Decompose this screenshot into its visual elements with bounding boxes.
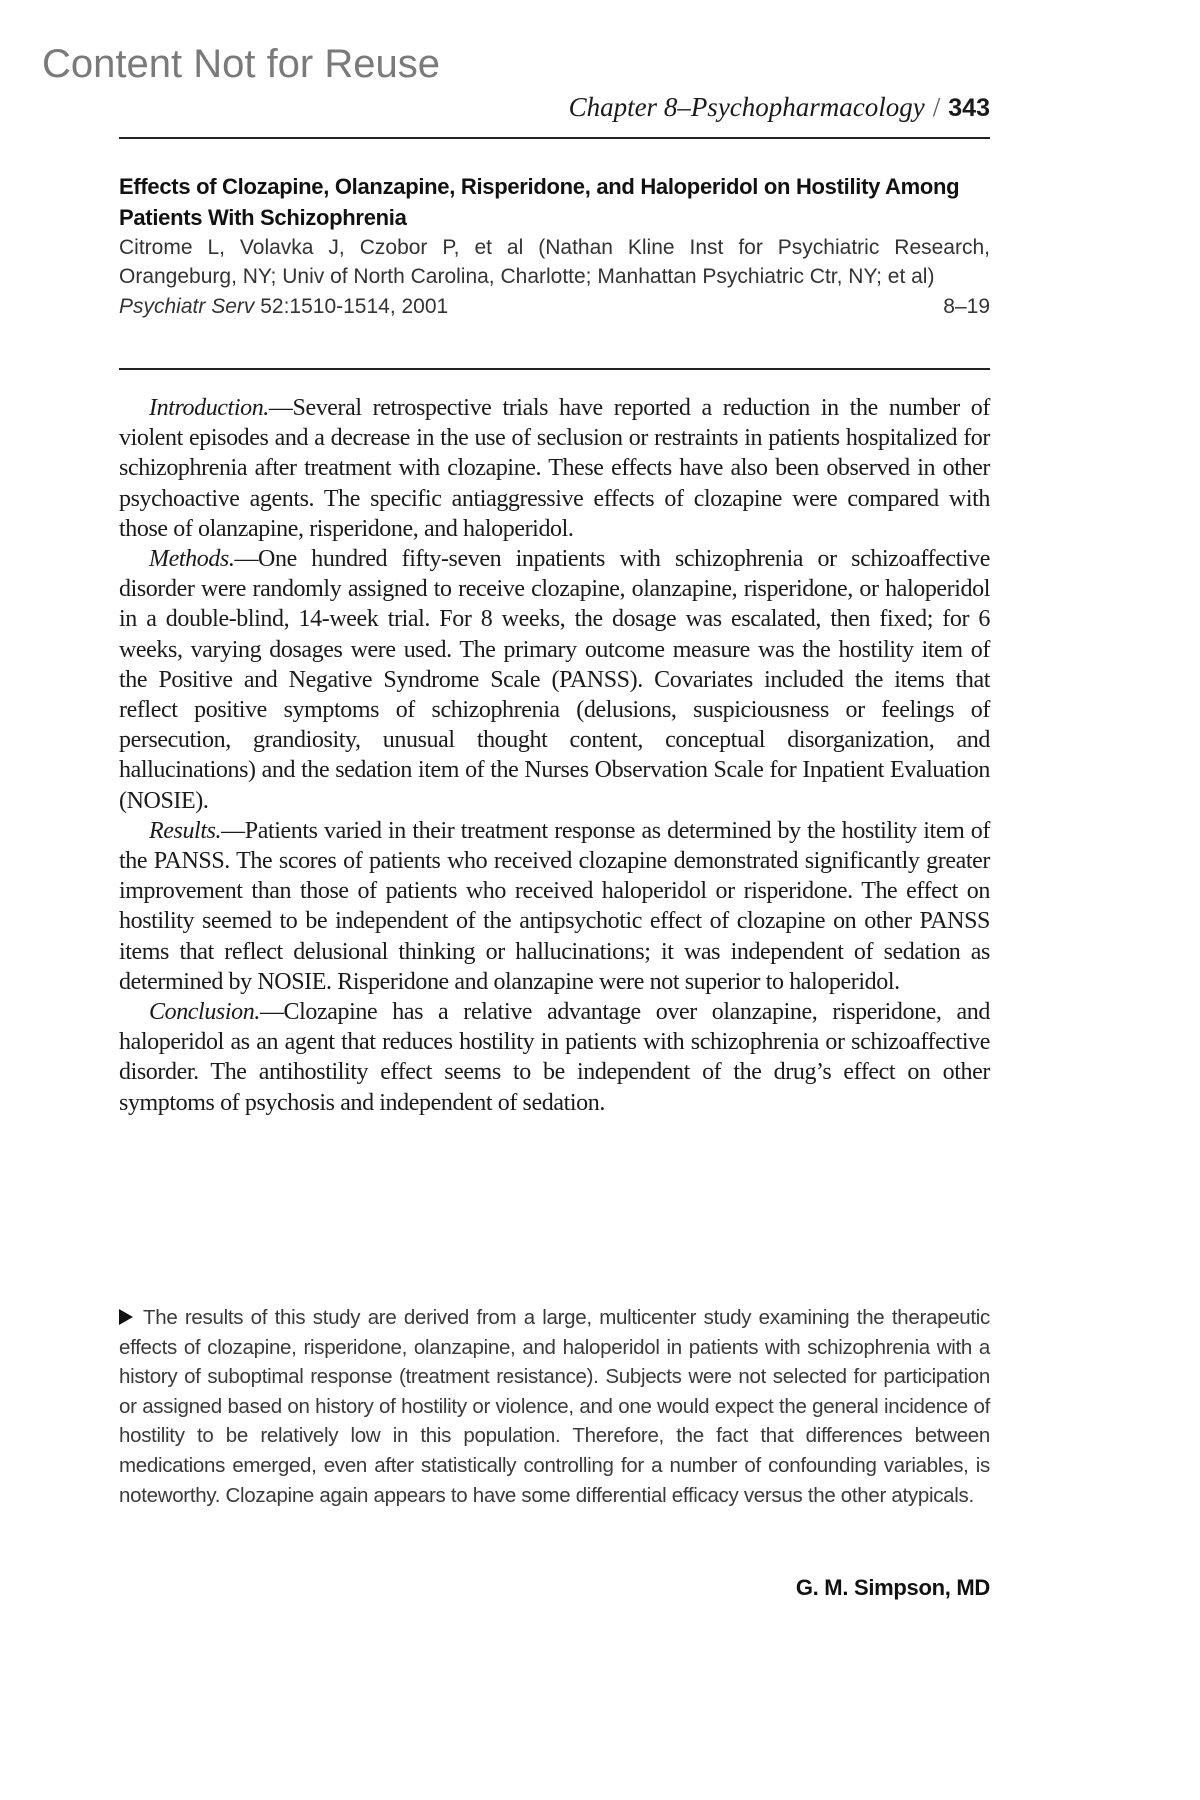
commentary-text: The results of this study are derived fr… xyxy=(119,1306,990,1507)
editorial-commentary: The results of this study are derived fr… xyxy=(119,1303,990,1510)
citation-block: Effects of Clozapine, Olanzapine, Risper… xyxy=(119,171,990,322)
citation-divider xyxy=(119,368,990,370)
abstract-id: 8–19 xyxy=(943,291,990,322)
section-text: —One hundred fifty-seven inpatients with… xyxy=(119,546,990,814)
arrow-right-icon xyxy=(119,1309,133,1325)
running-head: Chapter 8–Psychopharmacology/343 xyxy=(569,92,990,123)
section-label: Introduction. xyxy=(149,395,269,421)
abstract: Introduction.—Several retrospective tria… xyxy=(119,393,990,1118)
header-divider xyxy=(119,137,990,139)
chapter-title: Chapter 8–Psychopharmacology xyxy=(569,92,925,122)
journal-name: Psychiatr Serv xyxy=(119,295,254,318)
page-number: 343 xyxy=(948,94,990,122)
journal-reference: 52:1510-1514, 2001 xyxy=(254,295,448,318)
section-label: Methods. xyxy=(149,546,234,572)
section-label: Conclusion. xyxy=(149,999,260,1025)
watermark: Content Not for Reuse xyxy=(42,42,440,87)
article-title: Effects of Clozapine, Olanzapine, Risper… xyxy=(119,171,990,233)
section-text: —Patients varied in their treatment resp… xyxy=(119,818,990,995)
section-label: Results. xyxy=(149,818,221,844)
abstract-results: Results.—Patients varied in their treatm… xyxy=(119,816,990,997)
journal-line: Psychiatr Serv 52:1510-1514, 2001 8–19 xyxy=(119,291,990,322)
commentary-signature: G. M. Simpson, MD xyxy=(796,1575,990,1601)
article-authors: Citrome L, Volavka J, Czobor P, et al (N… xyxy=(119,233,990,291)
abstract-methods: Methods.—One hundred fifty-seven inpatie… xyxy=(119,544,990,816)
abstract-introduction: Introduction.—Several retrospective tria… xyxy=(119,393,990,544)
running-head-separator: / xyxy=(933,92,941,122)
abstract-conclusion: Conclusion.—Clozapine has a relative adv… xyxy=(119,997,990,1118)
